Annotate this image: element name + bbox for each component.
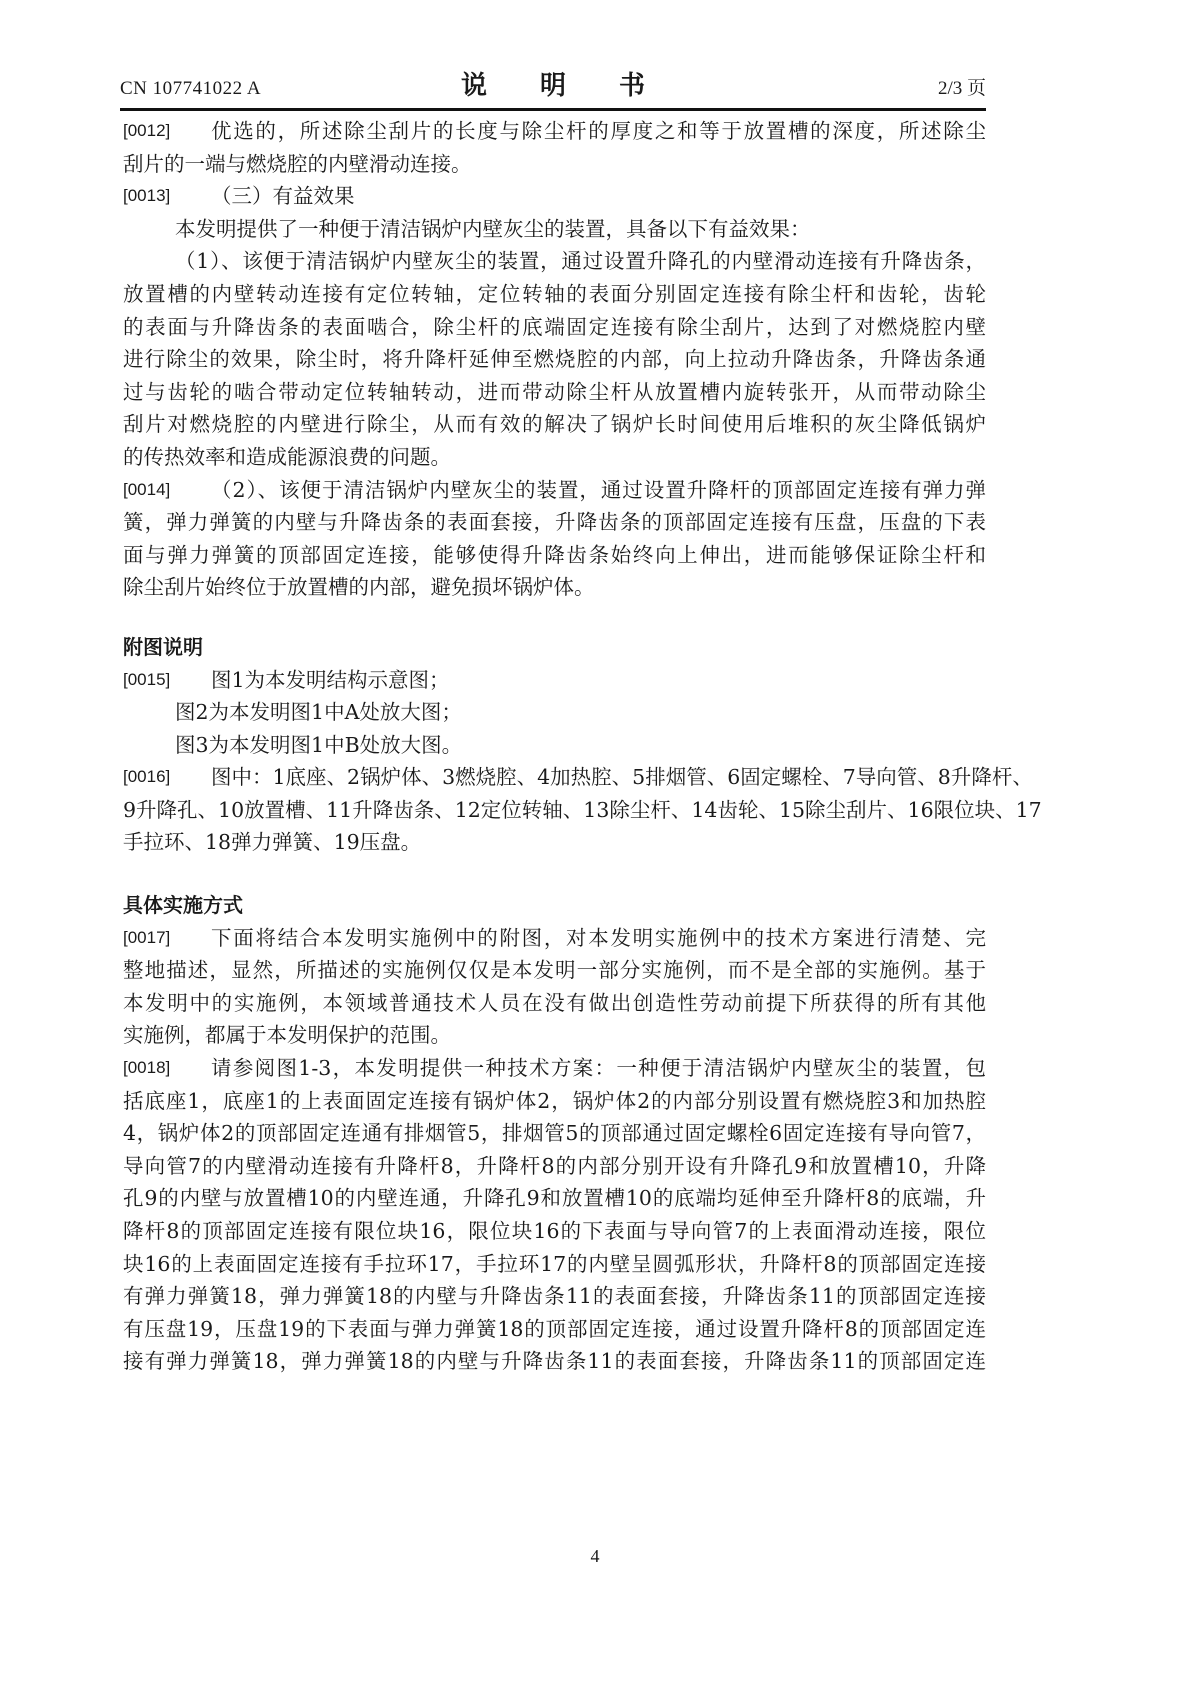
paragraph-0018-line: 块16的上表面固定连接有手拉环17，手拉环17的内壁呈圆弧形状，升降杆8的顶部固…: [123, 1248, 986, 1281]
page-of-indicator: 2/3 页: [938, 73, 986, 100]
paragraph-0014-line: 簧，弹力弹簧的内壁与升降齿条的表面套接，升降齿条的顶部固定连接有压盘，压盘的下表: [123, 506, 986, 539]
paragraph-0012-line: 刮片的一端与燃烧腔的内壁滑动连接。: [123, 148, 986, 181]
paragraph-0016-line: 9升降孔、10放置槽、11升降齿条、12定位转轴、13除尘杆、14齿轮、15除尘…: [123, 794, 986, 827]
section-heading-figures: 附图说明: [123, 631, 986, 664]
paragraph-number: [0014]: [123, 474, 211, 507]
document-body: [0012] 优选的，所述除尘刮片的长度与除尘杆的厚度之和等于放置槽的深度，所述…: [123, 115, 986, 1378]
paragraph-0018-line: 4，锅炉体2的顶部固定连通有排烟管5，排烟管5的顶部通过固定螺栓6固定连接有导向…: [123, 1117, 986, 1150]
paragraph-0018-line: 有弹力弹簧18，弹力弹簧18的内壁与升降齿条11的表面套接，升降齿条11的顶部固…: [123, 1280, 986, 1313]
paragraph-0018-line: [0018] 请参阅图1-3，本发明提供一种技术方案：一种便于清洁锅炉内壁灰尘的…: [123, 1052, 986, 1085]
paragraph-number: [0015]: [123, 664, 211, 697]
paragraph-0018-line: 孔9的内壁与放置槽10的内壁连通，升降孔9和放置槽10的底端均延伸至升降杆8的底…: [123, 1182, 986, 1215]
paragraph-0013-line: 过与齿轮的啮合带动定位转轴转动，进而带动除尘杆从放置槽内旋转张开，从而带动除尘: [123, 376, 986, 409]
paragraph-0013-line: （1）、该便于清洁锅炉内壁灰尘的装置，通过设置升降孔的内壁滑动连接有升降齿条，: [123, 245, 986, 278]
paragraph-0016-line: [0016] 图中：1底座、2锅炉体、3燃烧腔、4加热腔、5排烟管、6固定螺栓、…: [123, 761, 986, 794]
page-header: CN 107741022 A 说 明 书 2/3 页: [120, 64, 986, 108]
paragraph-0016-line: 手拉环、18弹力弹簧、19压盘。: [123, 826, 986, 859]
paragraph-0014-line: [0014] （2）、该便于清洁锅炉内壁灰尘的装置，通过设置升降杆的顶部固定连接…: [123, 474, 986, 507]
document-title: 说 明 书: [120, 65, 986, 102]
paragraph-0012-line: [0012] 优选的，所述除尘刮片的长度与除尘杆的厚度之和等于放置槽的深度，所述…: [123, 115, 986, 148]
paragraph-0018-line: 降杆8的顶部固定连接有限位块16，限位块16的下表面与导向管7的上表面滑动连接，…: [123, 1215, 986, 1248]
paragraph-0015-line: [0015] 图1为本发明结构示意图；: [123, 664, 986, 697]
paragraph-number: [0013]: [123, 180, 211, 213]
page-number: 4: [0, 1546, 1190, 1567]
paragraph-0014-line: 除尘刮片始终位于放置槽的内部，避免损坏锅炉体。: [123, 571, 986, 604]
paragraph-0017-line: 整地描述，显然，所描述的实施例仅仅是本发明一部分实施例，而不是全部的实施例。基于: [123, 954, 986, 987]
paragraph-0017-line: 实施例，都属于本发明保护的范围。: [123, 1019, 986, 1052]
paragraph-0015-line: 图3为本发明图1中B处放大图。: [123, 729, 986, 762]
paragraph-0013-line: 的传热效率和造成能源浪费的问题。: [123, 441, 986, 474]
paragraph-0013-heading: [0013] （三）有益效果: [123, 180, 986, 213]
paragraph-number: [0016]: [123, 761, 211, 794]
paragraph-0018-line: 接有弹力弹簧18，弹力弹簧18的内壁与升降齿条11的表面套接，升降齿条11的顶部…: [123, 1345, 986, 1378]
paragraph-0017-line: 本发明中的实施例，本领域普通技术人员在没有做出创造性劳动前提下所获得的所有其他: [123, 987, 986, 1020]
paragraph-0013-line: 的表面与升降齿条的表面啮合，除尘杆的底端固定连接有除尘刮片，达到了对燃烧腔内壁: [123, 311, 986, 344]
paragraph-0015-line: 图2为本发明图1中A处放大图；: [123, 696, 986, 729]
spacer: [123, 859, 986, 889]
paragraph-0018-line: 有压盘19，压盘19的下表面与弹力弹簧18的顶部固定连接，通过设置升降杆8的顶部…: [123, 1313, 986, 1346]
header-rule: [120, 108, 986, 111]
paragraph-0013-line: 进行除尘的效果，除尘时，将升降杆延伸至燃烧腔的内部，向上拉动升降齿条，升降齿条通: [123, 343, 986, 376]
spacer: [123, 604, 986, 631]
paragraph-0014-line: 面与弹力弹簧的顶部固定连接，能够使得升降齿条始终向上伸出，进而能够保证除尘杆和: [123, 539, 986, 572]
paragraph-0013-line: 刮片对燃烧腔的内壁进行除尘，从而有效的解决了锅炉长时间使用后堆积的灰尘降低锅炉: [123, 408, 986, 441]
paragraph-0013-line: 放置槽的内壁转动连接有定位转轴，定位转轴的表面分别固定连接有除尘杆和齿轮，齿轮: [123, 278, 986, 311]
paragraph-0017-line: [0017] 下面将结合本发明实施例中的附图，对本发明实施例中的技术方案进行清楚…: [123, 922, 986, 955]
paragraph-0013-intro: 本发明提供了一种便于清洁锅炉内壁灰尘的装置，具备以下有益效果：: [123, 213, 986, 246]
section-heading-embodiments: 具体实施方式: [123, 889, 986, 922]
paragraph-number: [0018]: [123, 1052, 211, 1085]
paragraph-number: [0012]: [123, 115, 211, 148]
paragraph-number: [0017]: [123, 922, 211, 955]
paragraph-0018-line: 导向管7的内壁滑动连接有升降杆8，升降杆8的内部分别开设有升降孔9和放置槽10，…: [123, 1150, 986, 1183]
paragraph-0018-line: 括底座1，底座1的上表面固定连接有锅炉体2，锅炉体2的内部分别设置有燃烧腔3和加…: [123, 1085, 986, 1118]
